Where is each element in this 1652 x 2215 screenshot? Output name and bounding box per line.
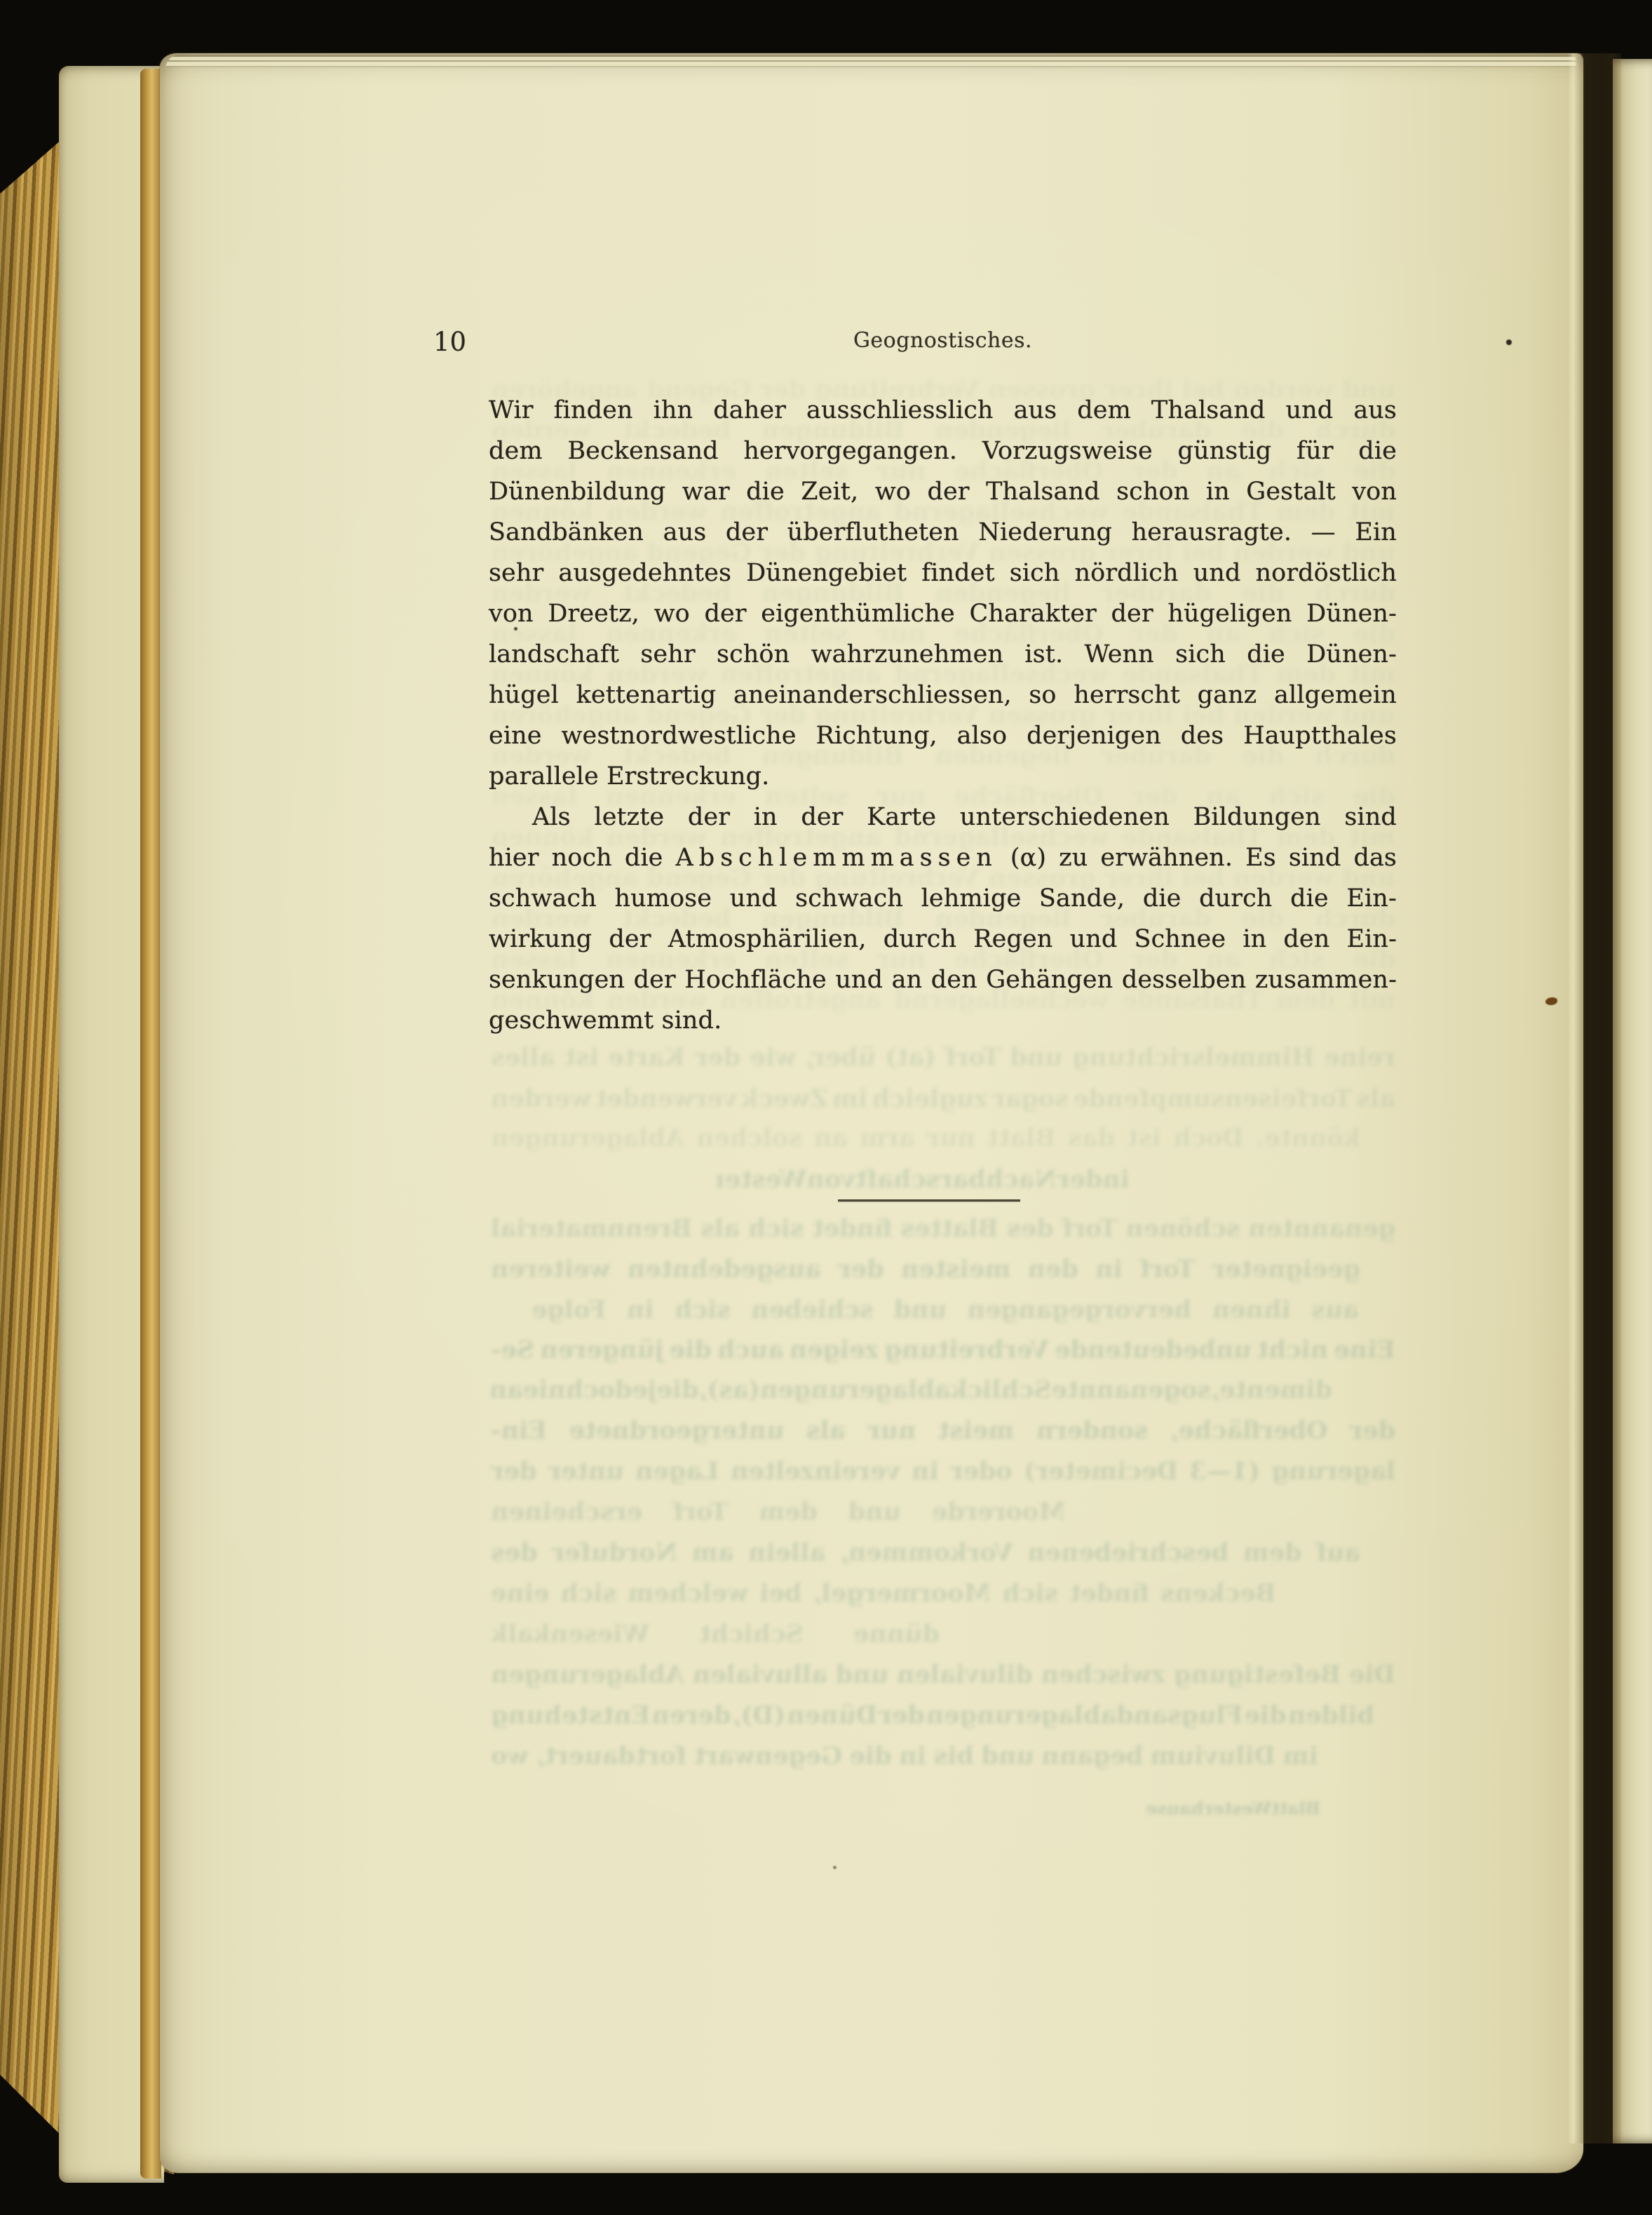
bleedthrough-line: dünneSchichtWiesenkalk — [491, 1620, 940, 1648]
bleedthrough-line: aufdembeschriebenenVorkommen,alleinamNor… — [491, 1539, 1360, 1567]
text-line: vonDreetz,wodereigenthümlicheCharakterde… — [489, 593, 1397, 634]
bleedthrough-line: derOberfläche,sondernmeistnuralsuntergeo… — [491, 1417, 1395, 1445]
section-divider — [838, 1199, 1020, 1201]
text-line: geschwemmt sind. — [489, 1000, 1397, 1041]
bleedthrough-line: BlattWesterhausen. — [1145, 1795, 1320, 1823]
bleedthrough-line: genanntenschönenTorfdesBlattesfindetsich… — [491, 1215, 1395, 1243]
bleedthrough-line: inderNachbarschaftvonWesterhausenund — [716, 1166, 1130, 1194]
text-line: wirkungderAtmosphärilien,durchRegenundSc… — [489, 919, 1397, 960]
book-scan: undwerdenbeiihrergrossenVerbreitungderGe… — [0, 0, 1652, 2215]
bleedthrough-line: EinenichtunbedeutendeVerbreitungzeigenau… — [491, 1336, 1395, 1364]
ink-speck — [514, 627, 517, 631]
bleedthrough-line: MoorerdeunddemTorferscheinen — [491, 1498, 1066, 1526]
text-line: senkungenderHochflächeundandenGehängende… — [489, 960, 1397, 1000]
text-line: DünenbildungwardieZeit,woderThalsandscho… — [489, 471, 1397, 512]
text-line: schwachhumoseundschwachlehmigeSande,died… — [489, 878, 1397, 919]
running-header: Geognostisches. — [489, 328, 1397, 353]
text-line: WirfindenihndaherausschliesslichausdemTh… — [489, 390, 1397, 431]
text-line: SandbänkenausderüberfluthetenNiederunghe… — [489, 512, 1397, 553]
page-number: 10 — [433, 327, 466, 357]
gilt-page-edge — [140, 69, 161, 2179]
text-line: einewestnordwestlicheRichtung,alsoderjen… — [489, 715, 1397, 756]
facing-page-edge — [1613, 59, 1652, 2143]
text-line: hügelkettenartiganeinanderschliessen,soh… — [489, 675, 1397, 715]
bleedthrough-line: imDiluviumbegannundbisindieGegenwartfort… — [491, 1742, 1318, 1770]
bleedthrough-line: bildendieFlugsandablagerungenderDünen(D)… — [491, 1702, 1374, 1730]
text-line: hiernochdieAbschlemmmassen(α)zuerwähnen.… — [489, 837, 1397, 878]
bleedthrough-line: lagerung(1—3Decimeter)oderinvereinzelten… — [491, 1457, 1395, 1486]
book-page: undwerdenbeiihrergrossenVerbreitungderGe… — [160, 53, 1583, 2173]
bleedthrough-line: dimente,sogenannteSchlickablagerungen(as… — [491, 1376, 1332, 1404]
text-line: AlsletztederinderKarteunterschiedenenBil… — [489, 797, 1397, 837]
ink-speck — [833, 1866, 837, 1869]
bleedthrough-line: alsTorfeisensumpfendesogarzugleichimZwec… — [491, 1085, 1395, 1113]
text-line: sehrausgedehntesDünengebietfindetsichnör… — [489, 553, 1397, 593]
ink-speck — [1506, 339, 1512, 345]
bleedthrough-layer: undwerdenbeiihrergrossenVerbreitungderGe… — [160, 53, 1583, 2173]
bleedthrough-line: reineHimmelsrichtungundTorf(at)über,wied… — [491, 1044, 1395, 1072]
bleedthrough-line: BeckensfindetsichMoormergel,beiwelchemsi… — [491, 1580, 1276, 1608]
bleedthrough-line: DieBefestigungzwischendiluvialenundalluv… — [491, 1661, 1395, 1689]
bleedthrough-line: könnte.DochistdasBlattnurarmansolchenAbl… — [491, 1124, 1360, 1152]
text-line: parallele Erstreckung. — [489, 756, 1397, 797]
bleedthrough-line: geeigneterTorfindenmeistenderausgedehnte… — [491, 1255, 1360, 1284]
text-line: demBeckensandhervorgegangen.Vorzugsweise… — [489, 431, 1397, 471]
bleedthrough-line: ausihnenhervorgegangenundschiebensichinF… — [532, 1296, 1359, 1324]
text-line: landschaftsehrschönwahrzunehmenist.Wenns… — [489, 634, 1397, 675]
